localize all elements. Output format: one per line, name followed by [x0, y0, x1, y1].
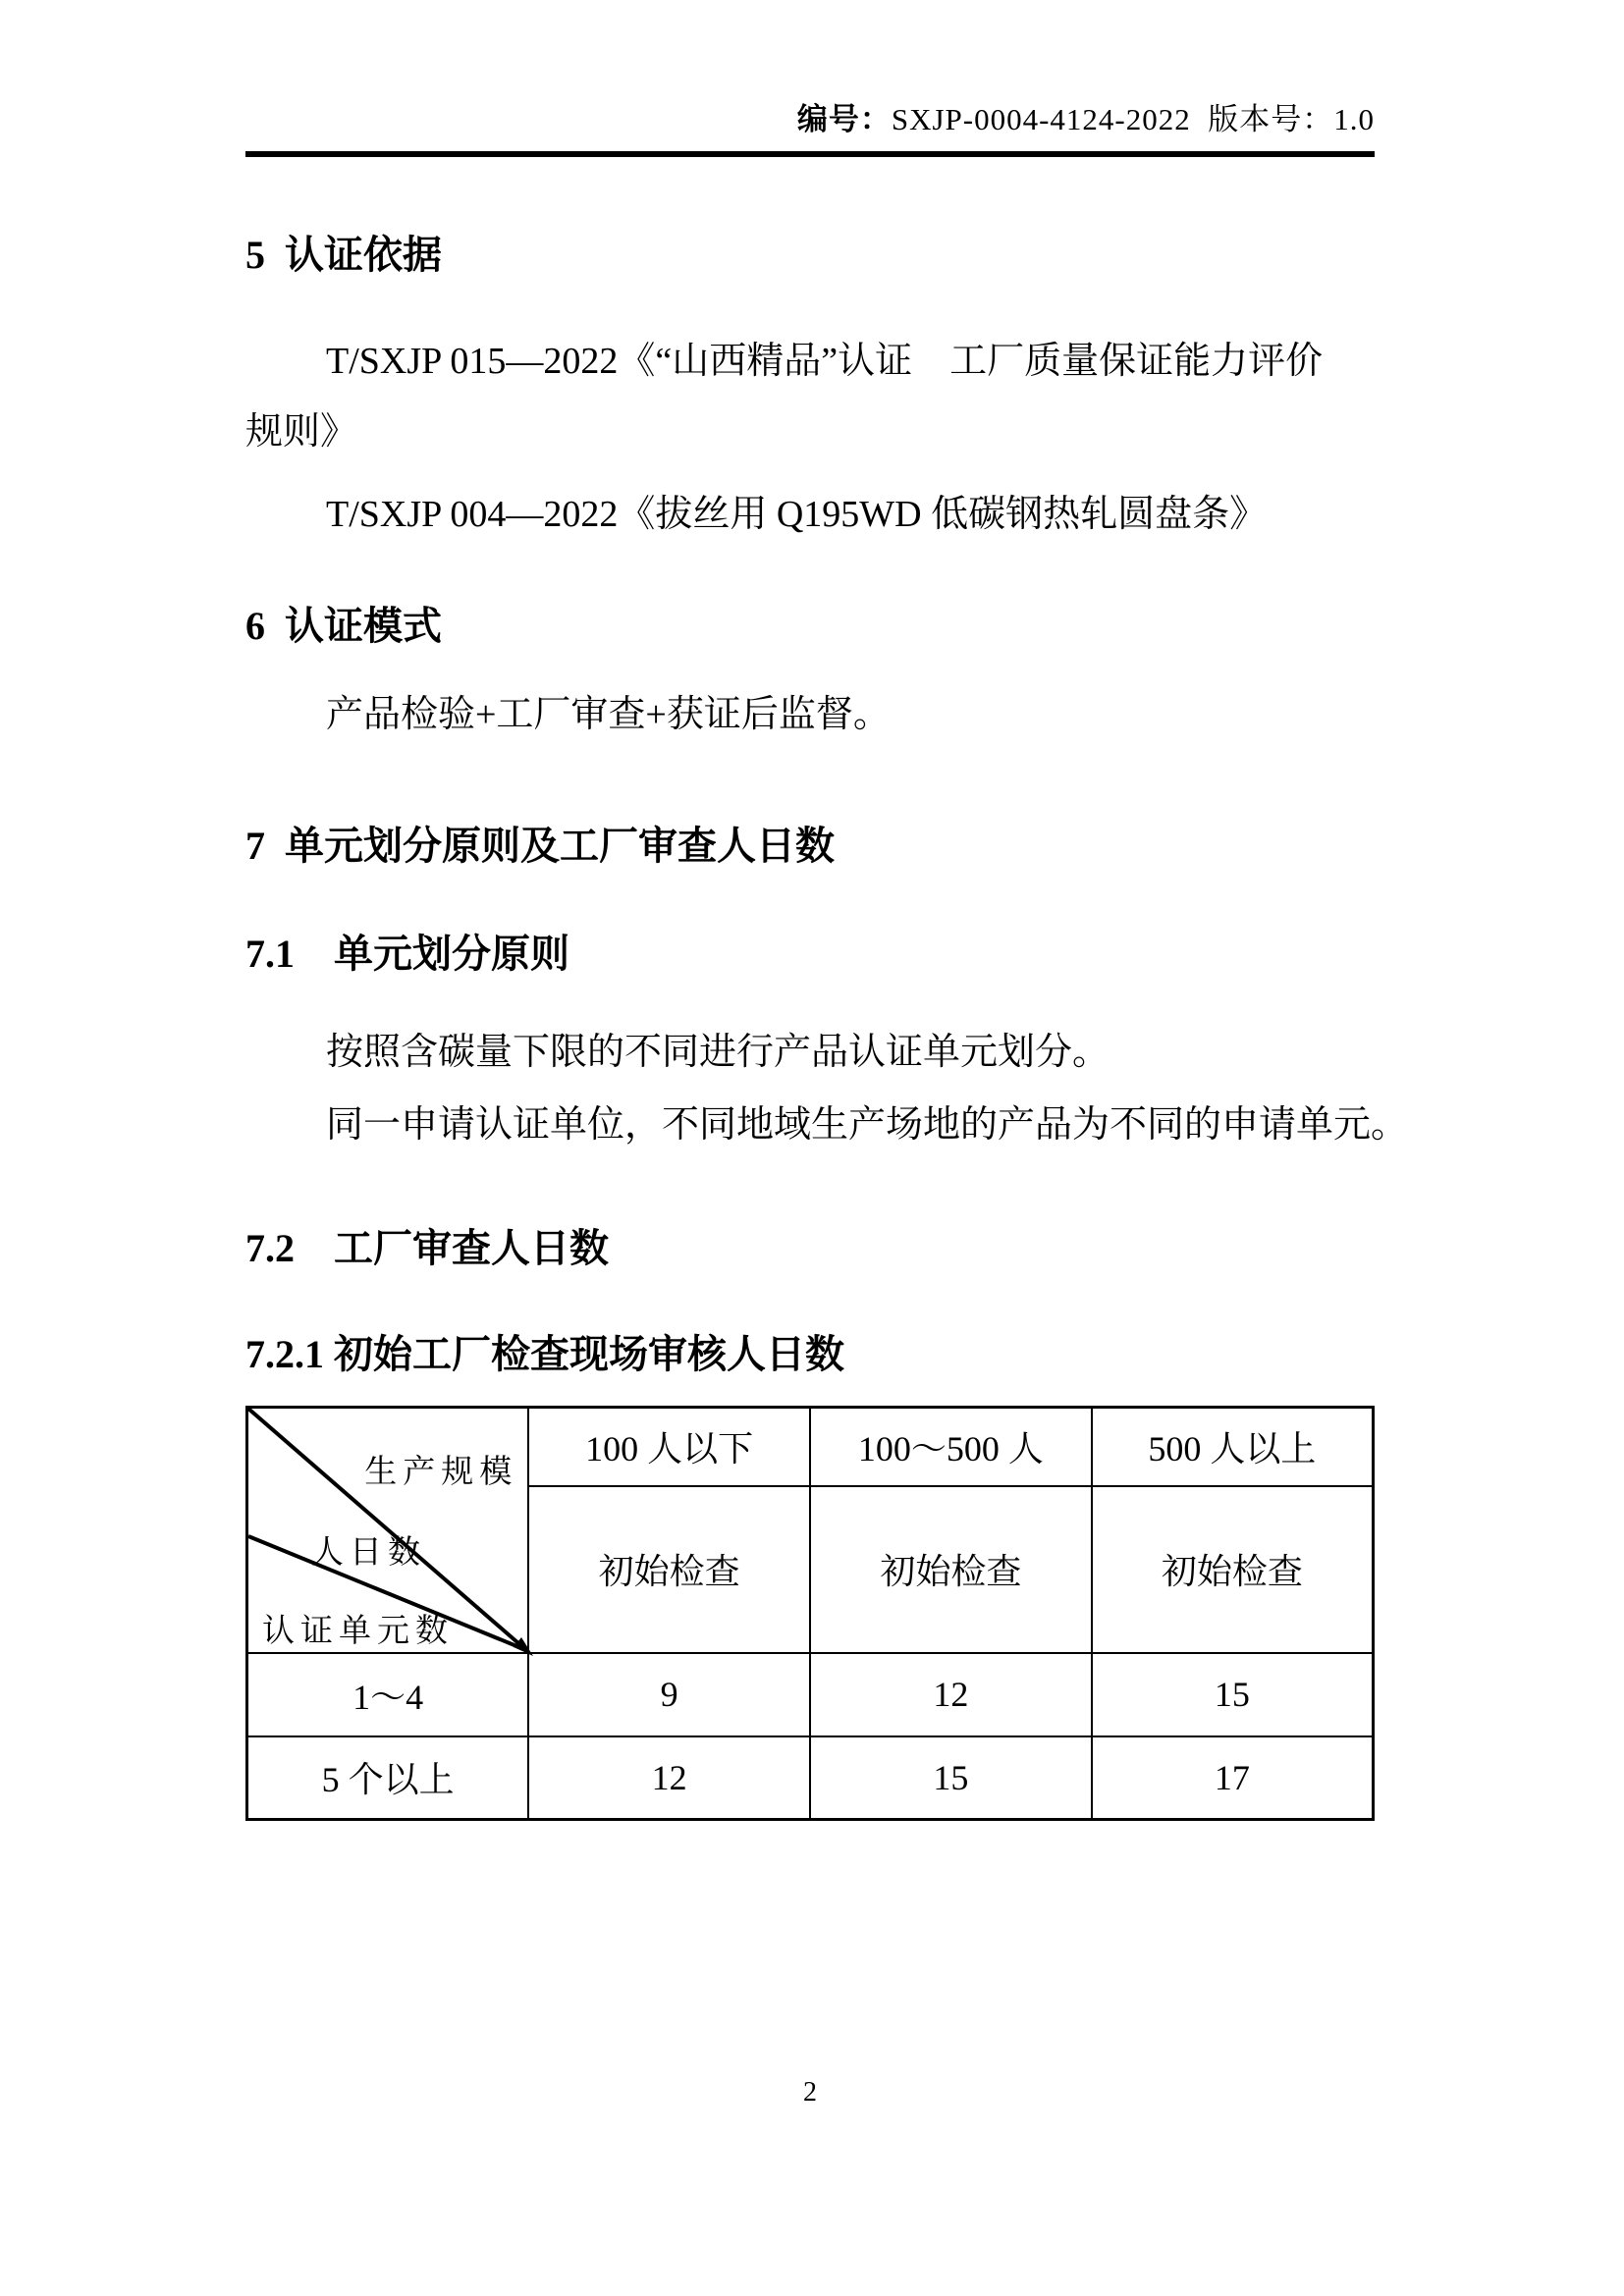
document-code-header: 编号：SXJP-0004-4124-2022 版本号：1.0 [797, 94, 1375, 138]
col-header-over-500: 500 人以上 [1092, 1408, 1374, 1486]
header-gap [1191, 102, 1209, 136]
cell-value: 12 [528, 1736, 810, 1820]
section-5-paragraph-line-1: T/SXJP 015—2022《“山西精品”认证 工厂质量保证能力评价 [326, 340, 1323, 385]
row-label-1-4: 1～4 [247, 1653, 529, 1736]
corner-label-person-days: 人日数 [311, 1526, 426, 1573]
cell-value: 12 [810, 1653, 1092, 1736]
section-5-paragraph-line-2: 规则》 [245, 410, 357, 455]
section-6-heading: 6 认证模式 [245, 595, 442, 651]
section-7-1-paragraph-2: 同一申请认证单位，不同地域生产场地的产品为不同的申请单元。 [326, 1103, 1408, 1148]
section-7-2-1-heading: 7.2.1 初始工厂检查现场审核人日数 [245, 1323, 844, 1379]
table-corner-cell: 生产规模 人日数 认证单元数 [247, 1408, 529, 1653]
cell-value: 17 [1092, 1736, 1374, 1820]
section-6-paragraph: 产品检验+工厂审查+获证后监督。 [326, 693, 891, 738]
version-label: 版本号： [1208, 102, 1333, 136]
table-row: 5 个以上 12 15 17 [247, 1736, 1374, 1820]
audit-person-days-table: 生产规模 人日数 认证单元数 100 人以下 100～500 人 500 人以上… [245, 1406, 1375, 1821]
code-label: 编号： [797, 102, 892, 136]
cell-value: 9 [528, 1653, 810, 1736]
section-7-1-paragraph-1: 按照含碳量下限的不同进行产品认证单元划分。 [326, 1031, 1110, 1076]
section-5-heading: 5 认证依据 [245, 224, 442, 280]
subheader-initial-inspection-2: 初始检查 [810, 1486, 1092, 1653]
subheader-initial-inspection-3: 初始检查 [1092, 1486, 1374, 1653]
section-7-1-heading: 7.1 单元划分原则 [245, 923, 569, 979]
cell-value: 15 [810, 1736, 1092, 1820]
header-rule [245, 151, 1375, 157]
section-5-paragraph-line-3: T/SXJP 004—2022《拔丝用 Q195WD 低碳钢热轧圆盘条》 [326, 493, 1267, 538]
document-page: 编号：SXJP-0004-4124-2022 版本号：1.0 5 认证依据 T/… [0, 0, 1624, 2296]
cell-value: 15 [1092, 1653, 1374, 1736]
section-7-heading: 7 单元划分原则及工厂审查人日数 [245, 815, 835, 871]
col-header-under-100: 100 人以下 [528, 1408, 810, 1486]
version-value: 1.0 [1333, 102, 1375, 136]
page-number: 2 [245, 2077, 1375, 2109]
col-header-100-to-500: 100～500 人 [810, 1408, 1092, 1486]
corner-label-cert-unit-count: 认证单元数 [262, 1605, 454, 1651]
code-value: SXJP-0004-4124-2022 [892, 102, 1191, 136]
subheader-initial-inspection-1: 初始检查 [528, 1486, 810, 1653]
table-row: 1～4 9 12 15 [247, 1653, 1374, 1736]
section-7-2-heading: 7.2 工厂审查人日数 [245, 1217, 609, 1273]
corner-label-production-scale: 生产规模 [364, 1446, 517, 1492]
row-label-5-or-more: 5 个以上 [247, 1736, 529, 1820]
